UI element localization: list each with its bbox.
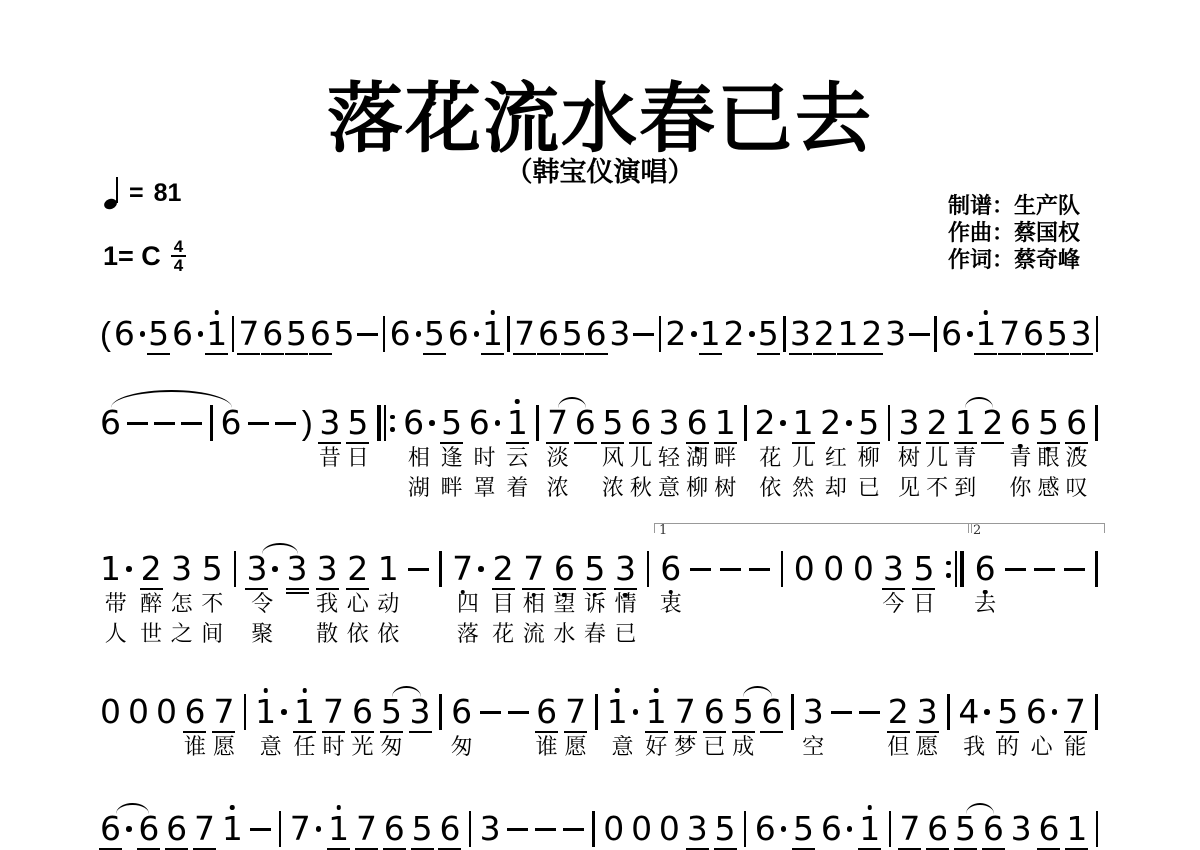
lyric-syllable-v1: 儿 [792, 443, 814, 473]
dash-token [859, 692, 880, 762]
lyric-syllable-v1 [1093, 732, 1099, 762]
credit-lyricist: 作词：蔡奇峰 [948, 246, 1080, 273]
barline-token [657, 314, 663, 354]
note-token: 1青到 [954, 403, 976, 503]
lyric-syllable-v1 [757, 589, 763, 619]
note-token: 3情已 [614, 549, 636, 649]
note-token: 6匆 [451, 692, 473, 762]
lyric-syllable-v2 [208, 473, 214, 503]
lyric-syllable-v2: 依 [347, 619, 369, 649]
lyric-syllable-v1 [437, 589, 443, 619]
augmentation-dot [633, 709, 639, 715]
dash-token [250, 809, 271, 849]
barline [507, 316, 510, 352]
note-token: 1 [328, 809, 349, 849]
end-repeat-sign [944, 549, 966, 649]
note-token: 2醉世 [140, 549, 162, 649]
lyric-syllable-v1: 树 [898, 443, 920, 473]
augmentation-dot [281, 709, 287, 715]
note-token: 3今 [882, 549, 904, 649]
note-token: 3 [1011, 809, 1032, 849]
note-token: 1 [206, 314, 227, 354]
note-token: 6 [575, 403, 596, 503]
lyric-syllable-v2 [668, 619, 674, 649]
note-token: 5 [424, 314, 445, 354]
rest-token: 0 [853, 549, 874, 649]
note-token: 1任 [294, 692, 316, 762]
lyric-syllable-v2 [698, 619, 704, 649]
note-token: 3 [287, 549, 308, 649]
barline-token [438, 692, 444, 762]
lyric-syllable-v1: 怎 [171, 589, 193, 619]
octave-up-dot [654, 688, 659, 693]
lyric-syllable-v2 [189, 473, 195, 503]
barline-token [381, 314, 387, 354]
lyric-syllable-v2 [1094, 473, 1100, 503]
lyric-syllable-v1 [107, 443, 113, 473]
lyric-syllable-v2: 着 [506, 473, 528, 503]
barline-token [467, 809, 473, 849]
rest-token: 0 [659, 809, 680, 849]
lyric-syllable-v2: 浓 [547, 473, 569, 503]
octave-up-dot [230, 805, 235, 810]
lyric-syllable-v1: 儿 [926, 443, 948, 473]
lyric-syllable-v1: 匆 [381, 732, 403, 762]
barline-token [779, 549, 785, 649]
note-token: 4我 [958, 692, 990, 762]
dash-token [507, 809, 528, 849]
lyric-syllable-v2: 罩 [474, 473, 496, 503]
lyric-syllable-v2 [232, 619, 238, 649]
rest-token: 0 [156, 692, 177, 762]
dash-token [154, 403, 175, 503]
lyric-syllable-v1 [1094, 443, 1100, 473]
lyric-syllable-v1: 花 [759, 443, 781, 473]
lyric-syllable-v1: 愿 [565, 732, 587, 762]
volta-label: 1 [659, 525, 667, 537]
lyric-syllable-v2: 不 [926, 473, 948, 503]
note-token: 3空 [802, 692, 824, 762]
lyric-syllable-v1 [208, 443, 214, 473]
note-token: 3 [480, 809, 501, 849]
octave-up-dot [867, 805, 872, 810]
lyric-syllable-v2 [135, 473, 141, 503]
note-token: 3 [609, 314, 630, 354]
credit-arranger: 制谱：生产队 [948, 192, 1080, 219]
dash-token [633, 314, 654, 354]
note-token: 6 [166, 809, 187, 849]
note-token: 5 [1047, 314, 1068, 354]
lyric-syllable-v1: 心 [347, 589, 369, 619]
lyric-syllable-v1: 儿 [630, 443, 652, 473]
octave-up-dot [263, 688, 268, 693]
barline [1095, 551, 1098, 587]
note-token: 2 [814, 314, 835, 354]
note-token: 6 [755, 809, 787, 849]
barline [791, 694, 794, 730]
note-token: 5的 [997, 692, 1019, 762]
note-token: 5眼感 [1037, 403, 1059, 503]
lyric-syllable-v2 [990, 473, 996, 503]
lyric-syllable-v1 [515, 732, 521, 762]
lyric-syllable-v2: 树 [714, 473, 736, 503]
lyric-syllable-v1 [886, 443, 892, 473]
barline [1096, 811, 1099, 847]
volta-label: 2 [973, 525, 981, 537]
octave-up-dot [984, 310, 989, 315]
note-token: 5风浓 [602, 403, 624, 503]
lyric-syllable-v1: 昔 [319, 443, 341, 473]
lyric-syllable-v1: 任 [294, 732, 316, 762]
note-token: 7 [238, 314, 259, 354]
lyric-syllable-v1: 能 [1064, 732, 1086, 762]
barline [234, 551, 237, 587]
lyric-syllable-v1 [438, 732, 444, 762]
note-token: 7 [899, 809, 920, 849]
barline-token [789, 692, 795, 762]
dash-token [480, 692, 501, 762]
note-token: 3树见 [898, 403, 920, 503]
music-system-3: 1带人2醉世3怎之5不间 3令聚3 3我散2心依1动依 7四落2目花7相流6望水… [100, 549, 1100, 649]
lyric-syllable-v2 [860, 619, 866, 649]
note-token: 7 [194, 809, 215, 849]
lyric-syllable-v1 [594, 732, 600, 762]
note-token: 6 [1023, 314, 1044, 354]
augmentation-dot [1052, 709, 1058, 715]
barline-token [506, 314, 512, 354]
note-token: 1云着 [506, 403, 528, 503]
note-token: 6 [138, 809, 159, 849]
barline [592, 811, 595, 847]
note-token: 7愿 [213, 692, 235, 762]
dash-token [690, 549, 711, 649]
lyric-syllable-v1: 空 [802, 732, 824, 762]
note-token: 6 [538, 314, 559, 354]
note-token: 7淡浓 [547, 403, 569, 503]
augmentation-dot [847, 826, 853, 832]
note-token: 5诉春 [584, 549, 606, 649]
note-token: 6湖柳 [686, 403, 708, 503]
barline-token [1093, 692, 1099, 762]
dash-token [1005, 549, 1026, 649]
note-token: 5 [758, 314, 779, 354]
music-system-4: 0 0 0 6谁7愿 1意1任7时6光5匆3 6匆 6谁7愿 1意1好7梦6已5… [100, 692, 1100, 762]
barline-token [742, 809, 748, 849]
note-token: 3 [410, 692, 431, 762]
dash-token [563, 809, 584, 849]
barline [595, 694, 598, 730]
octave-down-dot [623, 593, 628, 598]
lyric-syllable-v1: 梦 [674, 732, 696, 762]
meter-numerator: 4 [171, 238, 186, 257]
rest-token: 0 [823, 549, 844, 649]
note-token: 1意 [607, 692, 639, 762]
note-token: 3我散 [316, 549, 338, 649]
note-token: 1好 [645, 692, 667, 762]
lyric-syllable-v1 [698, 589, 704, 619]
note-token: 5日 [913, 549, 935, 649]
note-token: 5 [793, 809, 814, 849]
barline-token [933, 314, 939, 354]
note-token: 5柳已 [858, 403, 880, 503]
lyric-syllable-v1 [228, 443, 234, 473]
barline-token [242, 692, 248, 762]
barline [659, 316, 662, 352]
lyric-syllable-v1: 匆 [451, 732, 473, 762]
note-token: 6 [983, 809, 1004, 849]
lyric-syllable-v1 [487, 732, 493, 762]
note-token: 6去 [974, 549, 996, 649]
note-token: 3轻意 [658, 403, 680, 503]
lyric-syllable-v2 [162, 473, 168, 503]
lyric-syllable-v2 [1012, 619, 1018, 649]
volta-bracket-1: 1 [654, 523, 972, 533]
lyric-syllable-v2 [1093, 619, 1099, 649]
octave-down-dot [695, 447, 700, 452]
lyric-syllable-v1: 柳 [858, 443, 880, 473]
lyric-syllable-v2 [582, 473, 588, 503]
note-token: 6 [941, 314, 973, 354]
note-token: 7四落 [452, 549, 484, 649]
lyric-syllable-v2: 感 [1037, 473, 1059, 503]
lyric-syllable-v1 [304, 443, 310, 473]
lyric-syllable-v1 [769, 732, 775, 762]
note-token: 7梦 [674, 692, 696, 762]
note-token: 1儿然 [792, 403, 814, 503]
lyric-syllable-v2 [294, 619, 300, 649]
lyric-syllable-v1 [801, 589, 807, 619]
note-token: 6时罩 [469, 403, 501, 503]
note-token: 1意 [255, 692, 287, 762]
barline-token [594, 692, 600, 762]
note-token: 2 [982, 403, 1003, 503]
lyric-syllable-v2 [890, 619, 896, 649]
lyric-syllable-v2: 秋 [630, 473, 652, 503]
note-token: 5匆 [381, 692, 403, 762]
barline [960, 551, 965, 587]
augmentation-dot [984, 709, 990, 715]
note-token: 5成 [732, 692, 754, 762]
note-token: 6心 [1026, 692, 1058, 762]
key-signature: 1= C 4 4 [103, 238, 186, 274]
lyric-syllable-v2 [727, 619, 733, 649]
note-token: 6 [100, 403, 121, 503]
lyric-syllable-v1: 时 [474, 443, 496, 473]
lyric-syllable-v1 [839, 732, 845, 762]
lyric-syllable-v1 [1093, 589, 1099, 619]
note-token: 7愿 [565, 692, 587, 762]
note-token: 6 [384, 809, 405, 849]
augmentation-dot [691, 331, 697, 337]
lyric-syllable-v1: 目 [492, 589, 514, 619]
dash-token [1064, 549, 1085, 649]
note-token: 6儿秋 [630, 403, 652, 503]
note-token: 6青你 [1009, 403, 1031, 503]
lyric-syllable-v1: 日 [913, 589, 935, 619]
lyric-syllable-v2 [107, 473, 113, 503]
lyric-syllable-v1 [162, 443, 168, 473]
lyric-syllable-v1: 醉 [140, 589, 162, 619]
rest-token: 0 [794, 549, 815, 649]
note-token: 2 [723, 314, 755, 354]
lyric-syllable-v2 [255, 473, 261, 503]
lyric-syllable-v1: 我 [963, 732, 985, 762]
lyric-syllable-v2: 之 [171, 619, 193, 649]
octave-down-dot [1018, 444, 1023, 449]
barline [934, 316, 937, 352]
octave-down-dot [562, 593, 567, 598]
barline [955, 551, 957, 587]
note-token: 2心依 [347, 549, 369, 649]
lyric-syllable-v1: 畔 [714, 443, 736, 473]
lyric-syllable-v1 [189, 443, 195, 473]
note-token: 1 [482, 314, 503, 354]
lyric-syllable-v1: 愿 [916, 732, 938, 762]
lyric-syllable-v2 [437, 619, 443, 649]
lyric-syllable-v1: 云 [506, 443, 528, 473]
note-token: 6光 [352, 692, 374, 762]
lyric-syllable-v2 [1071, 619, 1077, 649]
note-token: 3愿 [916, 692, 938, 762]
lyric-syllable-v2 [327, 473, 333, 503]
time-signature: 4 4 [171, 238, 186, 274]
note-token: 1 [859, 809, 880, 849]
lyric-syllable-v1 [135, 732, 141, 762]
lyric-syllable-v2 [886, 473, 892, 503]
lyric-syllable-v2 [779, 619, 785, 649]
note-token: 6 [439, 809, 460, 849]
barline-token [277, 809, 283, 849]
barline-token [645, 549, 651, 649]
octave-down-dot [668, 590, 673, 595]
lyric-syllable-v1: 的 [997, 732, 1019, 762]
lyric-syllable-v2 [645, 619, 651, 649]
note-token: 6谁 [184, 692, 206, 762]
music-system-1: (656176565656176563212532123617653 [100, 314, 1100, 354]
barline-token [887, 809, 893, 849]
lyric-syllable-v1 [831, 589, 837, 619]
augmentation-dot [429, 420, 435, 426]
octave-down-dot [531, 593, 536, 598]
octave-down-dot [593, 593, 598, 598]
note-token: 2花依 [754, 403, 786, 503]
octave-up-dot [336, 805, 341, 810]
augmentation-dot [478, 566, 484, 572]
lyric-syllable-v1 [789, 732, 795, 762]
augmentation-dot [781, 826, 787, 832]
lyric-syllable-v2: 浓 [602, 473, 624, 503]
barline-token [208, 403, 214, 503]
note-token: 7 [356, 809, 377, 849]
lyric-syllable-v2: 依 [377, 619, 399, 649]
rest-token: 0 [631, 809, 652, 849]
note-token: 6 [390, 314, 422, 354]
barline [384, 405, 386, 441]
barline-token [742, 403, 748, 503]
begin-repeat-sign [375, 403, 397, 503]
lyric-syllable-v1: 意 [611, 732, 633, 762]
lyric-syllable-v2: 世 [140, 619, 162, 649]
lyric-syllable-v1: 逢 [441, 443, 463, 473]
barline-token [1094, 403, 1100, 503]
lyric-syllable-v2: 流 [523, 619, 545, 649]
lyric-syllable-v2: 已 [614, 619, 636, 649]
barline [1096, 316, 1099, 352]
note-token: 1带人 [100, 549, 132, 649]
lyric-syllable-v2 [355, 473, 361, 503]
lyric-syllable-v1: 带 [105, 589, 127, 619]
music-system-2: 6 6 ) 3昔 5日 6相湖5逢畔6时罩1云着 7淡浓6 5风浓6儿秋3轻意6… [100, 403, 1100, 503]
note-token: 3令聚 [246, 549, 278, 649]
lyric-syllable-v2 [228, 473, 234, 503]
barline-token [591, 809, 597, 849]
barline [647, 551, 650, 587]
lyric-syllable-v1 [1071, 589, 1077, 619]
octave-up-dot [615, 688, 620, 693]
octave-up-dot [515, 399, 520, 404]
barline [383, 316, 386, 352]
credit-composer: 作曲：蔡国权 [948, 219, 1080, 246]
lyric-syllable-v1: 淡 [547, 443, 569, 473]
lyric-syllable-v1: 时 [323, 732, 345, 762]
lyric-syllable-v2 [951, 619, 957, 649]
dash-token [749, 549, 770, 649]
augmentation-dot [495, 420, 501, 426]
lyric-syllable-v1 [645, 589, 651, 619]
tempo-bpm: 81 [154, 179, 182, 208]
barline [781, 551, 784, 587]
lyric-syllable-v1 [242, 732, 248, 762]
octave-down-dot [1074, 447, 1079, 452]
volta-bracket-2: 2 [968, 523, 1105, 533]
note-token: 1 [975, 314, 996, 354]
lyric-syllable-v2: 间 [201, 619, 223, 649]
barline [210, 405, 213, 441]
lyric-syllable-v1: 谁 [184, 732, 206, 762]
augmentation-dot [967, 331, 973, 337]
note-token: 5 [148, 314, 169, 354]
note-token: 7 [514, 314, 535, 354]
note-token: 7 [999, 314, 1020, 354]
lyric-syllable-v2: 人 [105, 619, 127, 649]
lyric-syllable-v2: 落 [457, 619, 479, 649]
lyric-syllable-v2 [304, 473, 310, 503]
barline-token [1094, 809, 1100, 849]
barline [469, 811, 472, 847]
note-token: 6相湖 [403, 403, 435, 503]
lyric-syllable-v1 [582, 443, 588, 473]
note-token: 6 [927, 809, 948, 849]
barline [888, 405, 891, 441]
lyric-syllable-v1 [990, 443, 996, 473]
barline [1095, 405, 1098, 441]
note-token: 5 [334, 314, 355, 354]
note-token: 6 [100, 809, 132, 849]
note-token: 5 [955, 809, 976, 849]
lyric-syllable-v1: 意 [260, 732, 282, 762]
octave-down-dot [460, 590, 465, 595]
augmentation-dot [140, 331, 146, 337]
note-token: 5逢畔 [441, 403, 463, 503]
barline [947, 694, 950, 730]
note-token: 3 [790, 314, 811, 354]
note-token: 2儿不 [926, 403, 948, 503]
barline-token [782, 314, 788, 354]
note-token: 5 [412, 809, 433, 849]
repeat-dots-icon [946, 561, 951, 578]
note-token: 6 [172, 314, 204, 354]
lyric-syllable-v1 [417, 732, 423, 762]
